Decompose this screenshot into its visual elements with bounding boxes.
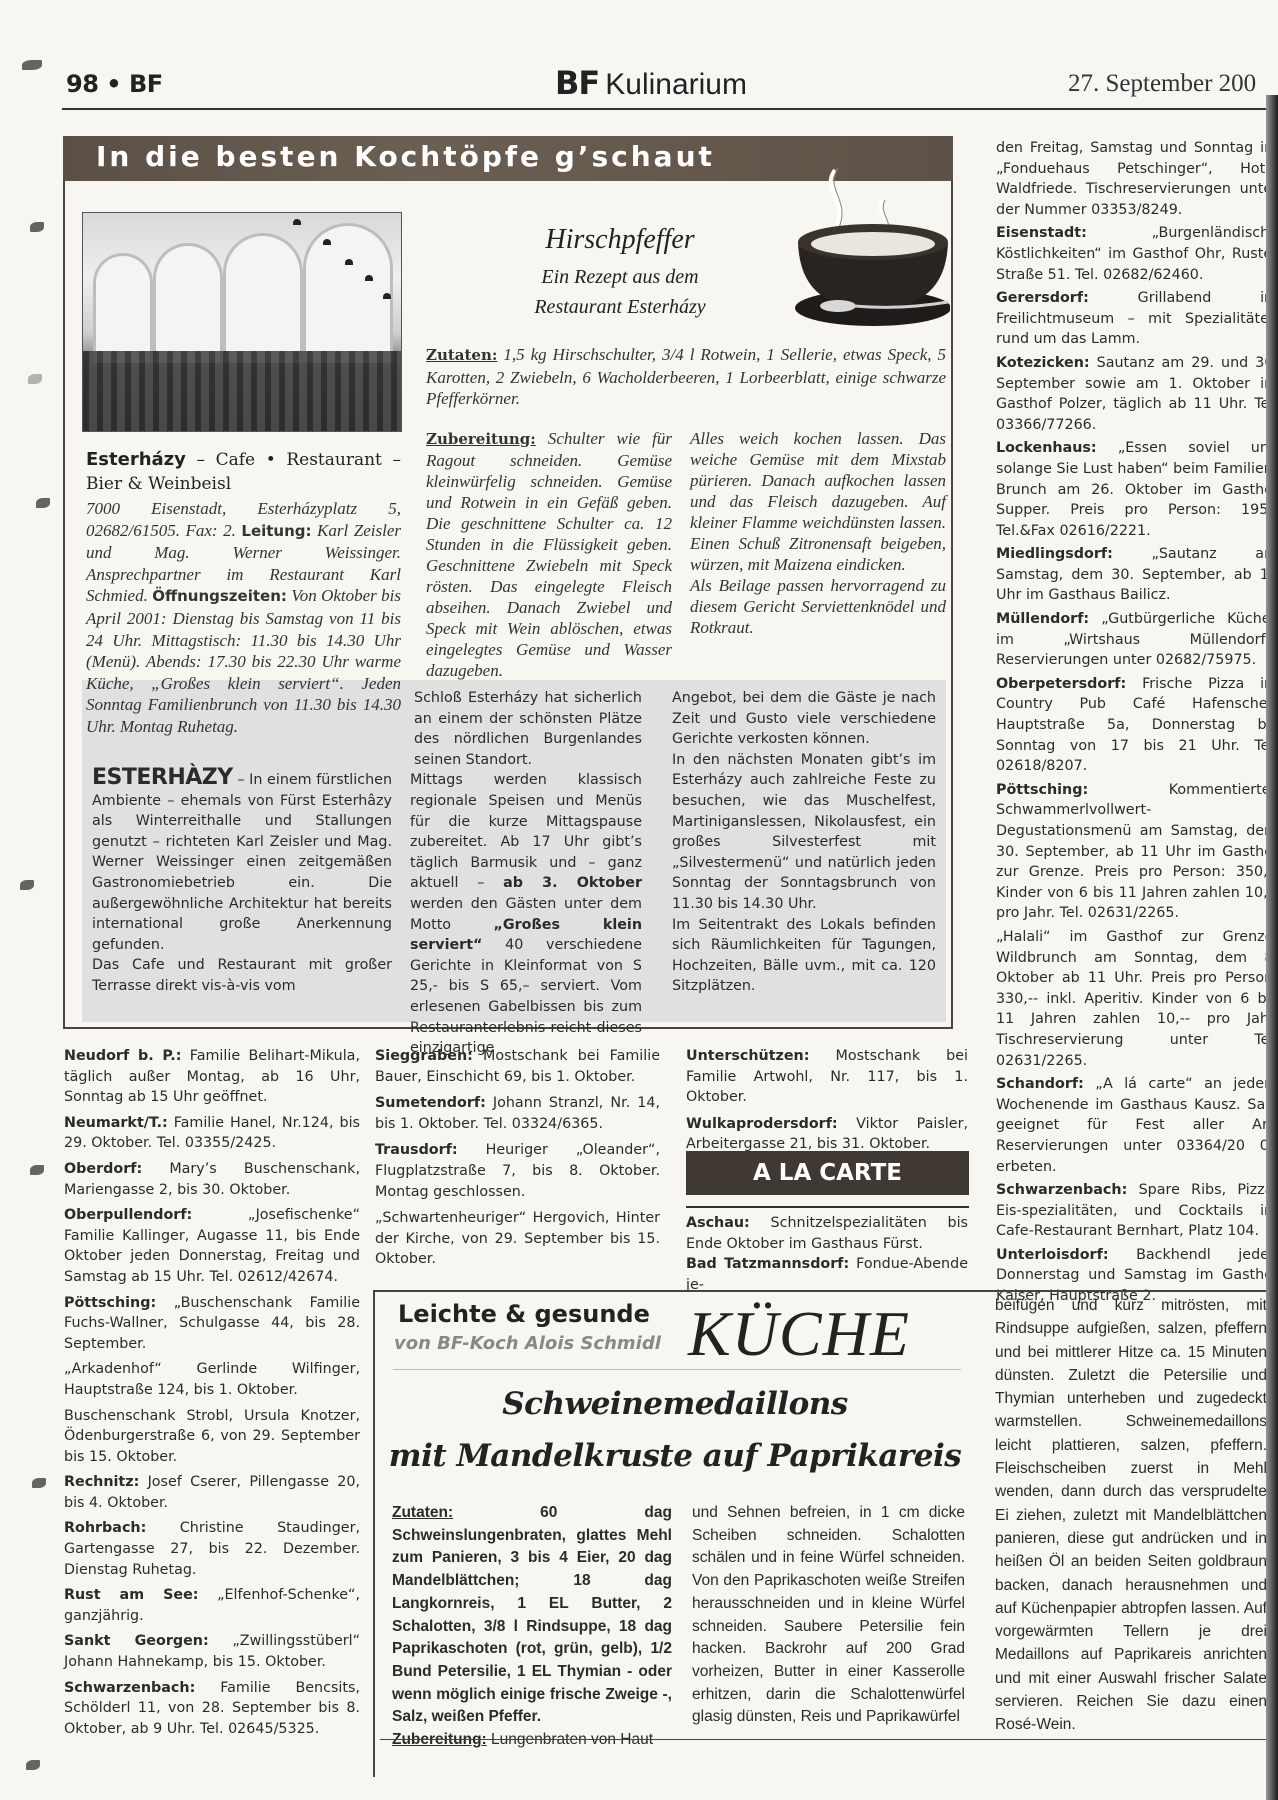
listing-place: Rust am See: (64, 1587, 199, 1603)
listing-text: „Schwartenheuriger“ Hergovich, Hinter de… (375, 1210, 660, 1267)
event-place: Pöttsching: (996, 782, 1088, 798)
listings-middle: Sieggraben: Mostschank bei Familie Bauer… (375, 1046, 660, 1276)
recipe-heading: Hirschpfeffer Ein Rezept aus dem Restaur… (420, 222, 820, 322)
event-entry: Schwarzenbach: Spare Ribs, Pizza, Eis-sp… (996, 1180, 1278, 1242)
event-entry: Miedlingsdorf: „Sautanz am Samstag, dem … (996, 544, 1278, 606)
restaurant-hours: Von Oktober bis April 2001: Dienstag bis… (86, 586, 401, 736)
kueche-rule (393, 1369, 961, 1370)
binding-mark-icon (26, 1760, 40, 1770)
binding-mark-icon (32, 1478, 46, 1488)
recipe-subtitle: Restaurant Esterházy (420, 292, 820, 322)
listing-place: Trausdorf: (375, 1142, 458, 1158)
listing-text: „Arkadenhof“ Gerlinde Wilfinger, Hauptst… (64, 1361, 360, 1398)
event-entry: Oberpetersdorf: Frische Pizza im Country… (996, 674, 1278, 777)
event-entry: den Freitag, Samstag und Sonntag im „Fon… (996, 138, 1278, 220)
listing-text: Buschenschank Strobl, Ursula Knotzer, Öd… (64, 1408, 360, 1465)
restaurant-interior-photo (82, 212, 402, 432)
alacarte-heading: A LA CARTE (686, 1151, 969, 1195)
binding-mark-icon (36, 498, 50, 508)
listing-place: Sankt Georgen: (64, 1633, 209, 1649)
event-place: Oberpetersdorf: (996, 676, 1126, 692)
event-place: Schwarzenbach: (996, 1182, 1127, 1198)
listing-place: Bad Tatzmannsdorf: (686, 1256, 849, 1272)
listing-entry: „Arkadenhof“ Gerlinde Wilfinger, Hauptst… (64, 1359, 360, 1400)
hours-label: Öffnungszeiten: (152, 587, 287, 605)
event-place: Gerersdorf: (996, 290, 1089, 306)
event-entry: Lockenhaus: „Essen soviel und solange Si… (996, 438, 1278, 541)
listing-entry: Buschenschank Strobl, Ursula Knotzer, Öd… (64, 1406, 360, 1468)
listing-entry: Pöttsching: „Buschenschank Familie Fuchs… (64, 1293, 360, 1355)
listing-place: Oberpullendorf: (64, 1207, 192, 1223)
listing-entry: Neumarkt/T.: Familie Hanel, Nr.124, bis … (64, 1113, 360, 1154)
event-place: Unterloisdorf: (996, 1247, 1109, 1263)
alacarte-rule (686, 1206, 969, 1208)
leitung-label: Leitung: (241, 522, 311, 540)
page-number: 98 • BF (66, 70, 163, 98)
preparation-text: Alles weich kochen lassen. Das weiche Ge… (690, 428, 946, 575)
kueche-kicker: Leichte & gesunde (398, 1300, 650, 1328)
recipe-subtitle: Ein Rezept aus dem (420, 262, 820, 292)
side-dish-text: Als Beilage passen hervorragend zu diese… (690, 575, 946, 638)
listing-entry: Rust am See: „Elfenhof-Schenke“, ganzjäh… (64, 1585, 360, 1626)
kueche-preparation-cont: beifügen und kurz mitrösten, mit Rindsup… (995, 1294, 1267, 1737)
listing-entry: Neudorf b. P.: Familie Belihart-Mikula, … (64, 1046, 360, 1108)
event-place: Müllendorf: (996, 611, 1089, 627)
article-text: 40 verschiedene Gerichte in Kleinformat … (410, 937, 642, 1056)
kueche-ingredients: Zutaten: 60 dag Schweinslungenbraten, gl… (392, 1502, 672, 1752)
restaurant-heading: Esterházy – Cafe • Restaurant – Bier & W… (86, 448, 401, 496)
listings-left: Neudorf b. P.: Familie Belihart-Mikula, … (64, 1046, 360, 1744)
preparation-label: Zubereitung: (426, 430, 536, 448)
event-entry: Schandorf: „A lá carte“ an jedem Wochene… (996, 1074, 1278, 1177)
listing-place: Wulkaprodersdorf: (686, 1116, 838, 1132)
event-text: „Halali“ im Gasthof zur Grenze, Wildbrun… (996, 929, 1278, 1069)
binding-mark-icon (20, 880, 34, 890)
ingredients-text: 1,5 kg Hirschschulter, 3/4 l Rotwein, 1 … (426, 345, 946, 408)
soup-bowl-icon (780, 160, 950, 330)
ingredients-label: Zutaten: (392, 1504, 453, 1521)
alacarte-list: Aschau: Schnitzelspezialitäten bis Ende … (686, 1213, 968, 1295)
event-text: Kommentiertes Schwammerlvollwert-Degusta… (996, 782, 1278, 922)
recipe-title-line: mit Mandelkruste auf Paprikareis (380, 1430, 970, 1482)
listing-entry: Sankt Georgen: „Zwillingsstüberl“ Johann… (64, 1631, 360, 1672)
binding-mark-icon (28, 374, 42, 384)
listings-right: Unterschützen: Mostschank bei Familie Ar… (686, 1046, 968, 1161)
listing-place: Unterschützen: (686, 1048, 809, 1064)
event-place: Lockenhaus: (996, 440, 1097, 456)
kueche-preparation: und Sehnen befreien, in 1 cm dicke Schei… (692, 1502, 965, 1729)
listing-place: Schwarzenbach: (64, 1680, 195, 1696)
listing-place: Aschau: (686, 1215, 750, 1231)
listing-place: Rechnitz: (64, 1474, 139, 1490)
recipe-title: Hirschpfeffer (420, 222, 820, 258)
event-entry: Pöttsching: Kommentiertes Schwammerlvoll… (996, 780, 1278, 924)
binding-mark-icon (30, 222, 44, 232)
event-entry: „Halali“ im Gasthof zur Grenze, Wildbrun… (996, 927, 1278, 1071)
section-title: BFKulinarium (555, 64, 747, 102)
kueche-byline: von BF-Koch Alois Schmidl (394, 1333, 661, 1354)
listing-entry: Wulkaprodersdorf: Viktor Paisler, Arbeit… (686, 1114, 968, 1155)
ingredients-text: 60 dag Schweinslungenbraten, glattes Meh… (392, 1504, 672, 1725)
article-paragraph: Mittags werden klassisch regionale Speis… (410, 770, 642, 1058)
listing-entry: „Schwartenheuriger“ Hergovich, Hinter de… (375, 1208, 660, 1270)
section-brand: BF (555, 64, 599, 102)
listing-entry: Sieggraben: Mostschank bei Familie Bauer… (375, 1046, 660, 1087)
binding-mark-icon (22, 60, 42, 70)
page-spine-shadow (1266, 95, 1278, 1800)
event-entry: Gerersdorf: Grillabend im Freilichtmuseu… (996, 288, 1278, 350)
listing-place: Sieggraben: (375, 1048, 473, 1064)
masthead-rule (62, 108, 1278, 110)
kueche-recipe-title: Schweinemedaillons mit Mandelkruste auf … (380, 1378, 970, 1482)
article-text: Mittags werden klassisch regionale Speis… (410, 772, 642, 891)
article-paragraph: – In einem fürstlichen Ambiente – ehemal… (92, 772, 392, 953)
listing-place: Neudorf b. P.: (64, 1048, 181, 1064)
preparation-text: Schulter wie für Ragout schneiden. Gemüs… (426, 429, 672, 680)
article-paragraph: Angebot, bei dem die Gäste je nach Zeit … (672, 688, 936, 750)
kueche-bottom-rule (380, 1739, 1268, 1740)
issue-date: 27. September 200 (1068, 70, 1256, 98)
article-paragraph: Schloß Esterházy hat sicherlich an einem… (410, 688, 642, 770)
kueche-title: KÜCHE (688, 1298, 910, 1370)
listing-entry: Unterschützen: Mostschank bei Familie Ar… (686, 1046, 968, 1108)
listing-entry: Trausdorf: Heuriger „Oleander“, Flugplat… (375, 1140, 660, 1202)
event-place: Kotezicken: (996, 355, 1090, 371)
section-name: Kulinarium (605, 68, 747, 101)
event-entry: Müllendorf: „Gutbürgerliche Küche“ im „W… (996, 609, 1278, 671)
listing-place: Rohrbach: (64, 1520, 146, 1536)
article-lead-caps: ESTERHÀZY (92, 765, 233, 790)
listing-entry: Oberpullendorf: „Josefischenke“ Familie … (64, 1205, 360, 1287)
article-highlight: ab 3. Oktober (503, 875, 642, 891)
article-paragraph: Im Seitentrakt des Lokals befinden sich … (672, 915, 936, 997)
restaurant-name: Esterházy (86, 449, 186, 470)
listing-place: Oberdorf: (64, 1161, 142, 1177)
feature-heading: In die besten Kochtöpfe g’schaut (96, 140, 715, 173)
article-intro: ESTERHÀZY – In einem fürstlichen Ambient… (92, 768, 392, 997)
article-column-2: Schloß Esterházy hat sicherlich an einem… (410, 688, 642, 1059)
recipe-ingredients: Zutaten: 1,5 kg Hirschschulter, 3/4 l Ro… (426, 344, 946, 410)
alacarte-entry: Aschau: Schnitzelspezialitäten bis Ende … (686, 1213, 968, 1254)
listing-entry: Rechnitz: Josef Cserer, Pillengasse 20, … (64, 1472, 360, 1513)
article-paragraph: Das Cafe und Restaurant mit großer Terra… (92, 955, 392, 996)
event-place: Miedlingsdorf: (996, 546, 1113, 562)
listing-place: Neumarkt/T.: (64, 1115, 168, 1131)
event-place: Eisenstadt: (996, 225, 1087, 241)
article-paragraph: In den nächsten Monaten gibt’s im Esterh… (672, 750, 936, 915)
listing-entry: Oberdorf: Mary’s Buschenschank, Marienga… (64, 1159, 360, 1200)
listing-entry: Schwarzenbach: Familie Bencsits, Schölde… (64, 1678, 360, 1740)
events-column: den Freitag, Samstag und Sonntag im „Fon… (996, 138, 1278, 1310)
recipe-preparation-cont: Alles weich kochen lassen. Das weiche Ge… (690, 428, 946, 638)
listing-entry: Rohrbach: Christine Staudinger, Gartenga… (64, 1518, 360, 1580)
listing-place: Pöttsching: (64, 1295, 156, 1311)
event-entry: Kotezicken: Sautanz am 29. und 30. Septe… (996, 353, 1278, 435)
article-column-3: Angebot, bei dem die Gäste je nach Zeit … (672, 688, 936, 997)
event-entry: Eisenstadt: „Burgenländische Köstlichkei… (996, 223, 1278, 285)
restaurant-info: 7000 Eisenstadt, Esterházyplatz 5, 02682… (86, 498, 401, 738)
listing-entry: Sumetendorf: Johann Stranzl, Nr. 14, bis… (375, 1093, 660, 1134)
recipe-preparation: Zubereitung: Schulter wie für Ragout sch… (426, 428, 672, 681)
listing-place: Sumetendorf: (375, 1095, 486, 1111)
recipe-title-line: Schweinemedaillons (380, 1378, 970, 1430)
binding-mark-icon (30, 1165, 44, 1175)
ingredients-label: Zutaten: (426, 346, 497, 364)
event-place: Schandorf: (996, 1076, 1084, 1092)
